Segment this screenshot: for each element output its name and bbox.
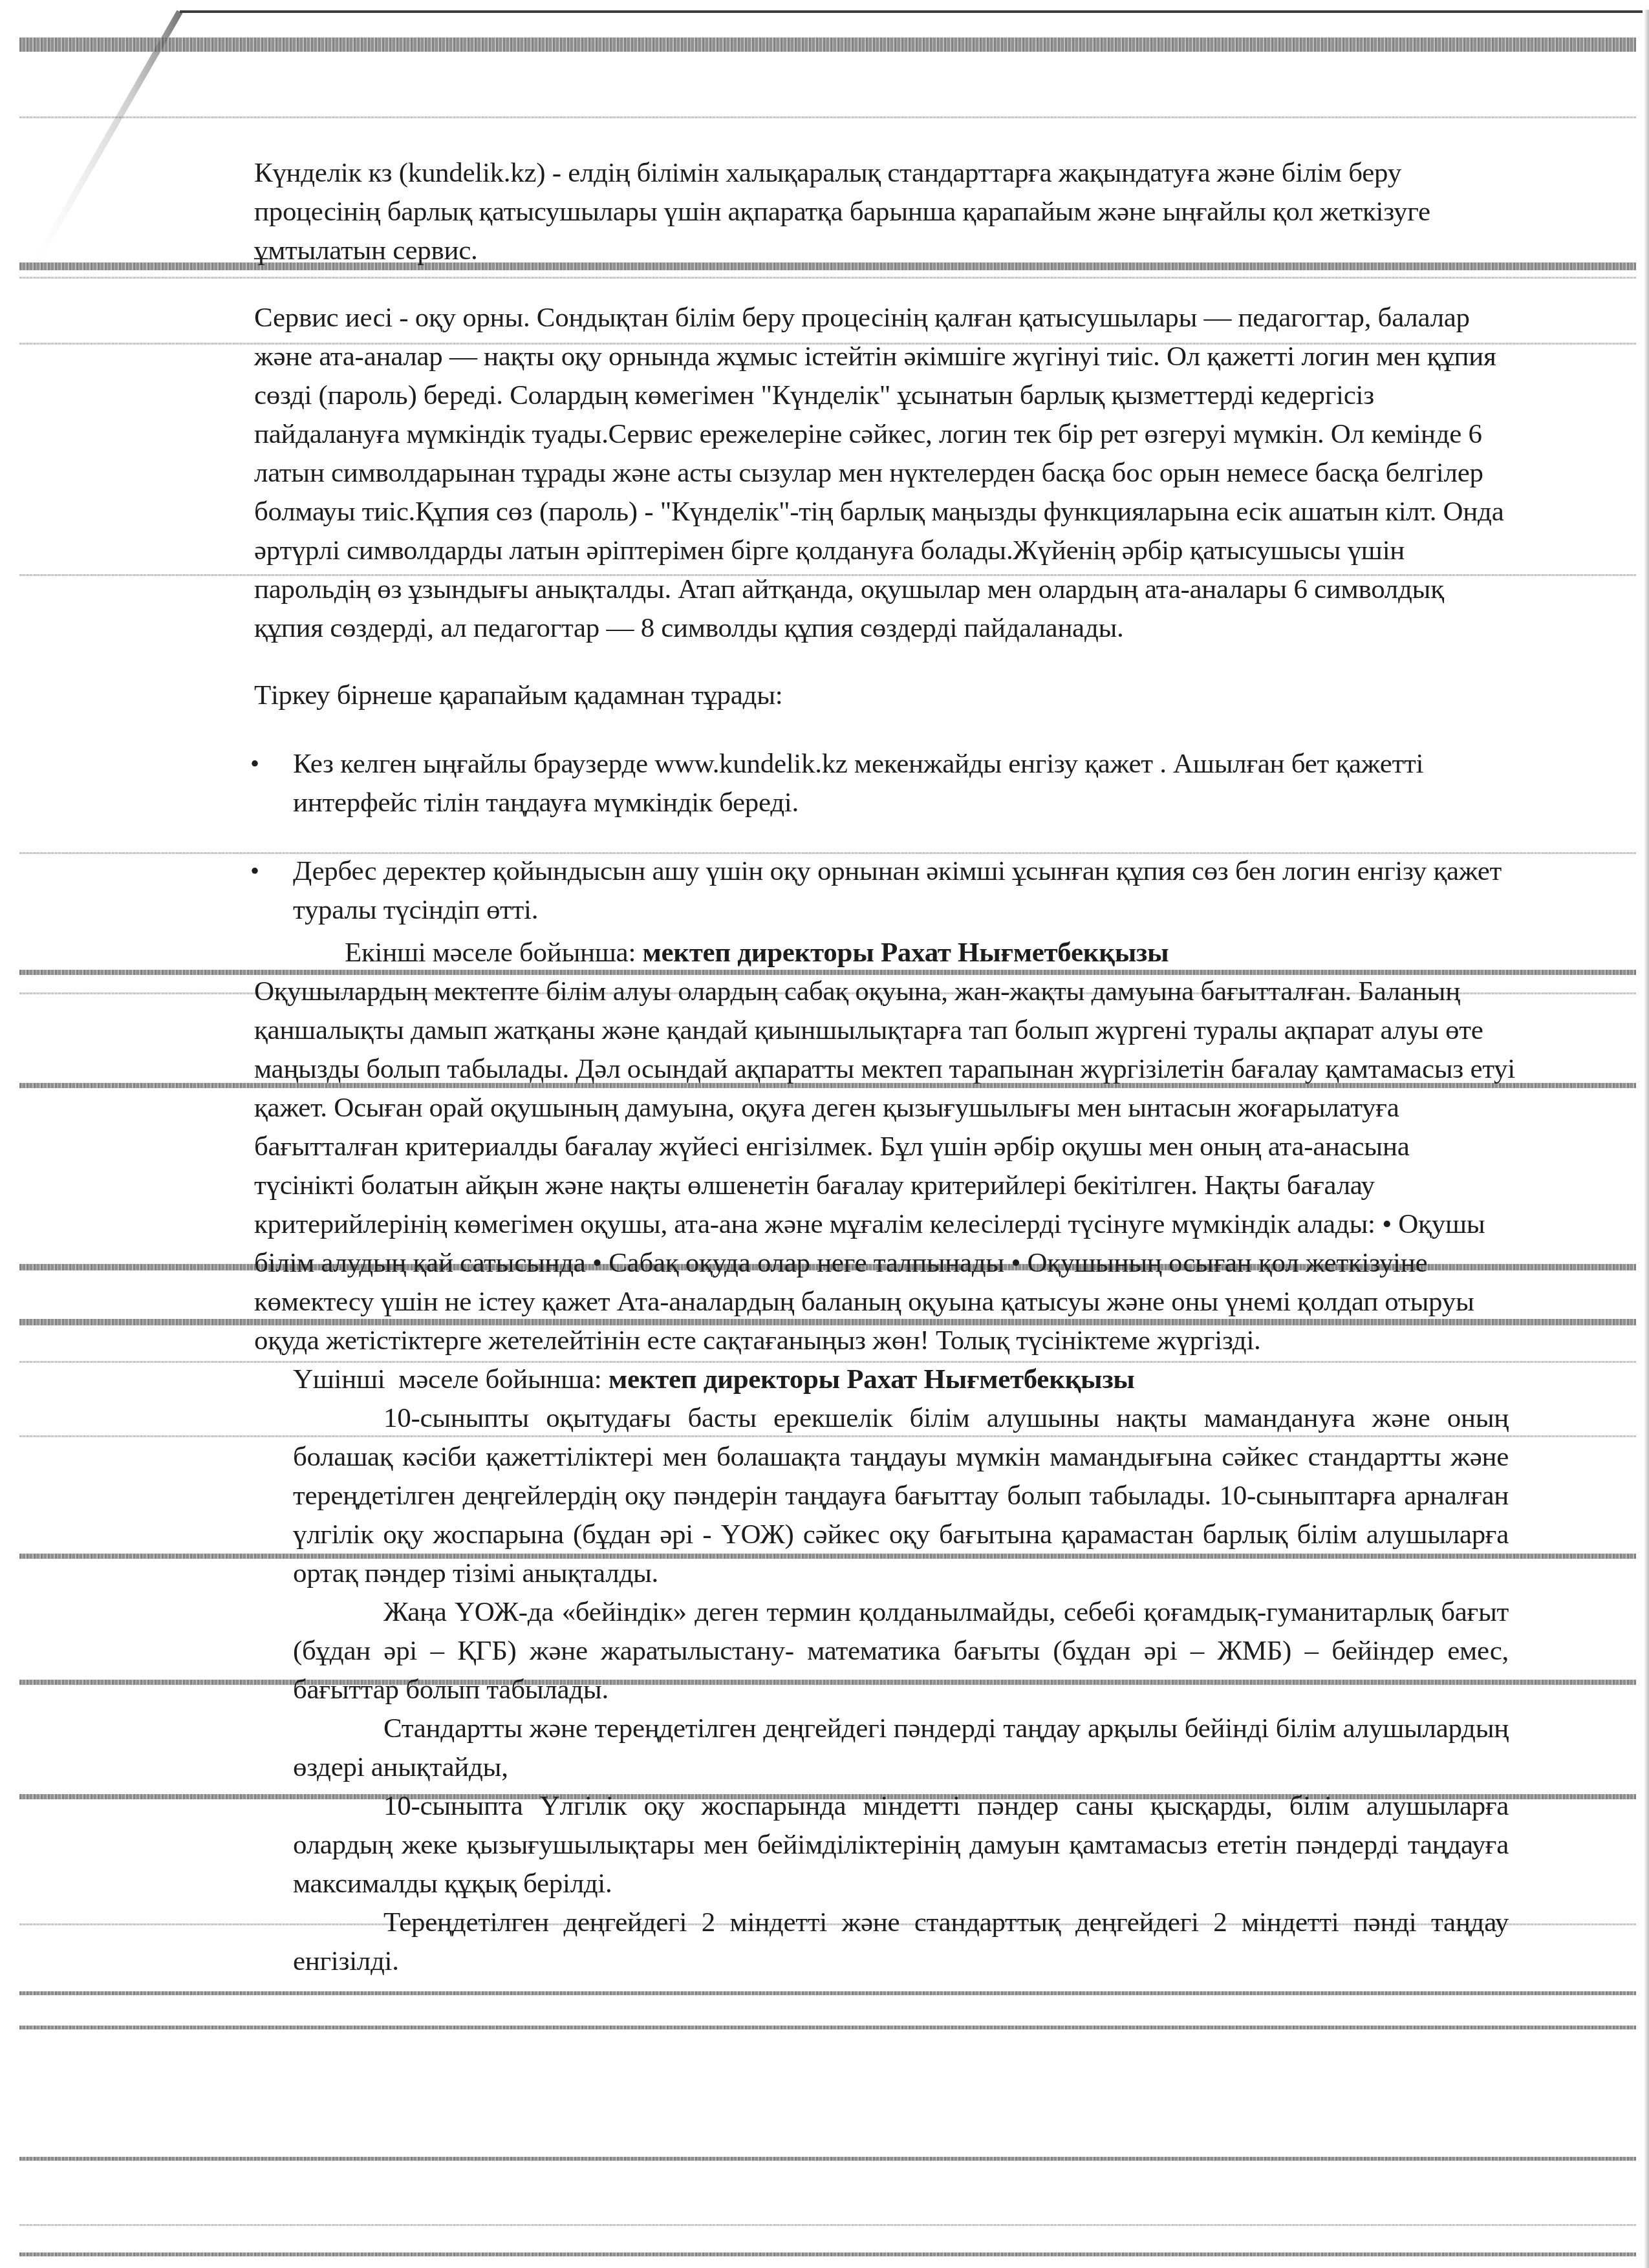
third-issue-paragraph: Жаңа ҮОЖ-да «бейіндік» деген термин қолд… (254, 1593, 1509, 1709)
registration-step-text: Кез келген ыңғайлы браузерде www.kundeli… (293, 749, 1423, 818)
registration-step-text: Дербес деректер қойындысын ашу үшін оқу … (293, 856, 1502, 925)
registration-intro: Тіркеу бірнеше қарапайым қадамнан тұрады… (254, 676, 1515, 715)
scan-streak (19, 1991, 1636, 1995)
scan-streak (19, 2252, 1636, 2256)
third-issue-speaker: мектеп директоры Рахат Нығметбекқызы (609, 1364, 1135, 1395)
second-issue-label: Екінші мәселе бойынша: (345, 937, 643, 968)
third-issue-label: Үшінші мәселе бойынша: (293, 1364, 609, 1395)
second-issue-speaker: мектеп директоры Рахат Нығметбекқызы (643, 937, 1169, 968)
scan-streak (19, 2026, 1636, 2029)
third-issue-paragraph: 10-сыныпта Үлгілік оқу жоспарында міндет… (254, 1787, 1509, 1903)
third-issue-paragraph: Стандартты және тереңдетілген деңгейдегі… (254, 1709, 1509, 1787)
service-owner-paragraph: Сервис иесі - оқу орны. Сондықтан білім … (254, 299, 1515, 648)
document-page: Күнделік кз (kundelik.kz) - елдің білімі… (254, 154, 1515, 1981)
registration-step: Кез келген ыңғайлы браузерде www.kundeli… (293, 745, 1515, 822)
scan-streak (19, 2224, 1636, 2226)
registration-steps-list: Кез келген ыңғайлы браузерде www.kundeli… (254, 745, 1515, 930)
page-edge (1644, 10, 1649, 2268)
registration-step: Дербес деректер қойындысын ашу үшін оқу … (293, 852, 1515, 930)
third-issue-paragraph: 10-сыныпты оқытудағы басты ерекшелік біл… (254, 1399, 1509, 1593)
scan-streak (19, 2157, 1636, 2161)
third-issue-heading: Үшінші мәселе бойынша: мектеп директоры … (254, 1360, 1515, 1399)
intro-paragraph: Күнделік кз (kundelik.kz) - елдің білімі… (254, 154, 1515, 270)
scan-streak (19, 116, 1636, 118)
third-issue-paragraph: Тереңдетілген деңгейдегі 2 міндетті және… (254, 1903, 1509, 1981)
scan-streak (19, 37, 1636, 52)
second-issue-body: Оқушылардың мектепте білім алуы олардың … (254, 972, 1515, 1360)
second-issue-heading: Екінші мәселе бойынша: мектеп директоры … (254, 934, 1515, 972)
